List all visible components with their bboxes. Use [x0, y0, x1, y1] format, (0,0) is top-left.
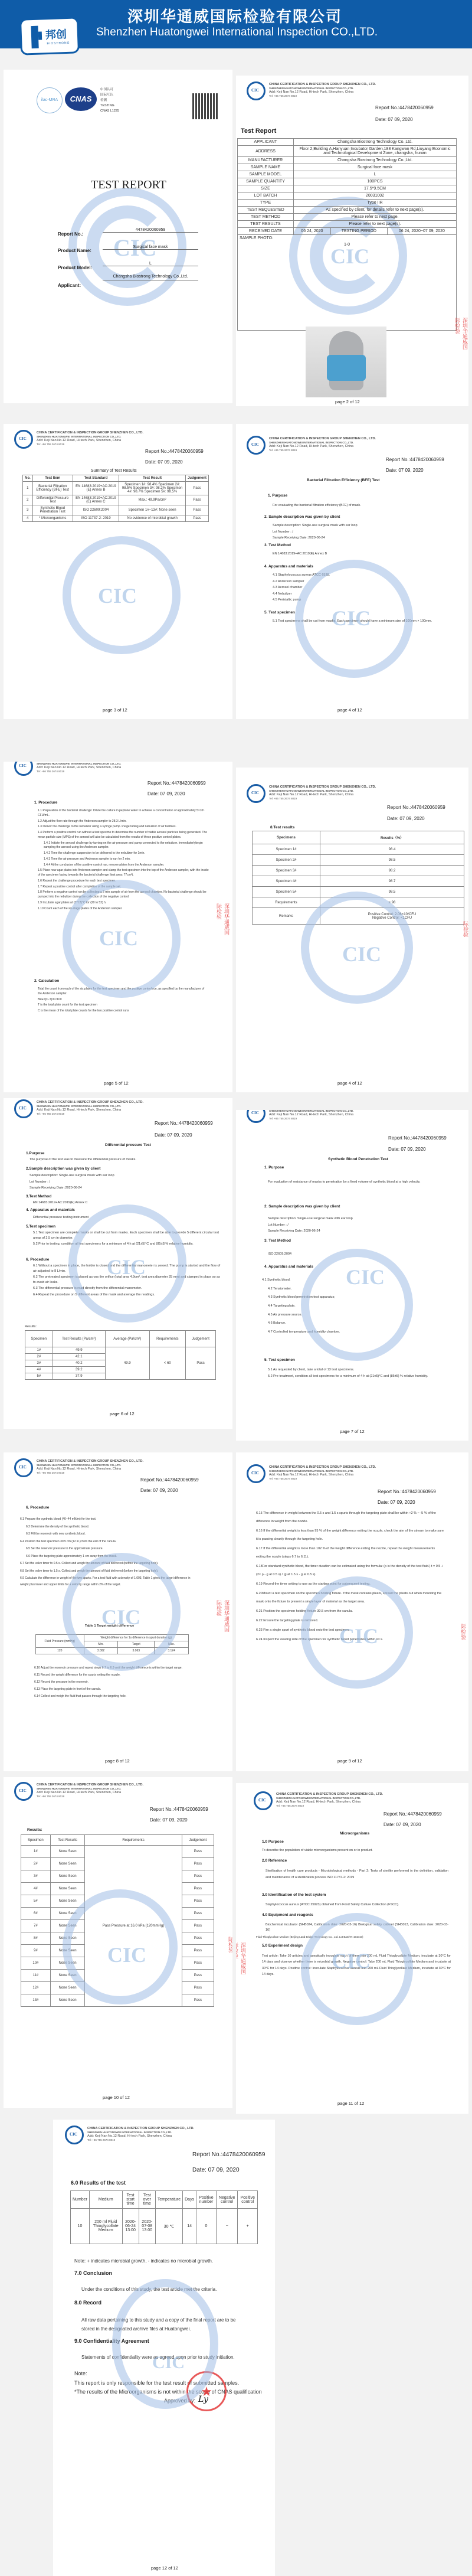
table-cell: TEST REQUESTED — [238, 207, 294, 214]
header-line: Add: Keji Nan No.12 Road, Hi-tech Park, … — [37, 1791, 121, 1794]
table-title: Table 1 Target weight difference — [85, 1624, 134, 1629]
header-line: CHINA CERTIFICATION & INSPECTION GROUP S… — [269, 83, 376, 86]
header-line: CHINA CERTIFICATION & INSPECTION GROUP S… — [269, 785, 376, 789]
table-row: Specimen 2#98.5 — [253, 855, 464, 866]
text-line: 4.1 Synthetic blood. — [262, 1276, 439, 1284]
page-number: page 7 of 12 — [340, 1429, 365, 1434]
table-cell: 39.2 — [53, 1367, 105, 1373]
table-cell: Pass — [182, 1970, 214, 1982]
table-cell: ≥ 98 — [320, 897, 464, 908]
table-cell: 12# — [21, 1982, 51, 1994]
cic-logo-icon — [254, 1791, 273, 1810]
table-header-cell: Judgement — [185, 475, 208, 482]
note-text: *The results of the Microorganisms is no… — [74, 2388, 262, 2397]
section-text: ISO 22609:2004 — [268, 1252, 291, 1257]
table-row: Fluid Pressure (mmHg)Weight difference f… — [36, 1635, 189, 1641]
text-line: 1.10 Count each of the six-stage plates … — [38, 907, 209, 912]
section-text: Test article: Take 10 articles and asept… — [262, 1953, 451, 1978]
red-seal-stamp: 深圳华通威国际检验 — [464, 1624, 468, 1659]
text-line: 4.5 Air pressure source. — [262, 1311, 439, 1319]
header-line: CHINA CERTIFICATION & INSPECTION GROUP S… — [269, 1465, 376, 1469]
section-text: The purpose of the test was to measure t… — [29, 1157, 218, 1163]
report-number: Report No.:4478420060959 — [147, 781, 206, 786]
header-line: CHINA CERTIFICATION & INSPECTION GROUP S… — [37, 1101, 143, 1104]
table-cell: Pass — [182, 1846, 214, 1858]
report-number: Report No.:4478420060959 — [388, 1135, 447, 1141]
table-header-cell: Test Standard — [73, 475, 119, 482]
table-cell: EN 14683:2019+AC:2019 (E) Annex B — [73, 482, 119, 495]
table-cell: 13# — [21, 1994, 51, 2007]
text-line: 6.17 If the differential weight is more … — [256, 1545, 445, 1561]
page-sbp-procedure-cont: CHINA CERTIFICATION & INSPECTION GROUP S… — [236, 1452, 468, 1771]
text-line: 6.24 Inspect the viewing side of the spe… — [256, 1635, 445, 1644]
section-text: Sample description: Single-use surgical … — [273, 523, 450, 542]
table-row: SAMPLE NAMESurgical face mask — [238, 164, 457, 171]
text-line: 1.4.3 Time the air pressure and Anderson… — [38, 857, 209, 862]
page-test-report: CHINA CERTIFICATION & INSPECTION GROUP S… — [236, 76, 468, 406]
section-text: Staphylococcus aureus (ATCC 25923) obtai… — [265, 1902, 454, 1908]
table-cell: Changsha Biostrong Technology Co.,Ltd. — [294, 157, 457, 164]
page-micro-results-body: Report No.:4478420060959 Date: 07 09, 20… — [53, 2120, 274, 2576]
red-seal-stamp: 深圳华通威国际检验 — [458, 318, 468, 353]
section-heading: 7.0 Conclusion — [74, 2270, 112, 2276]
text-line: 1.6 Repeat the challenge procedure for e… — [38, 879, 209, 884]
table-cell: Judgement — [182, 1835, 214, 1846]
table-cell: + — [238, 2209, 258, 2244]
text-line: 6.12 Record the pressure in the reservoi… — [28, 1679, 205, 1685]
report-date: Date: 07 09, 2020 — [140, 1488, 178, 1493]
table-cell: Requirements — [149, 1331, 185, 1347]
table-cell: 30 ℃ — [155, 2209, 182, 2244]
table-cell: 49.9 — [53, 1347, 105, 1354]
table-cell: 98.7 — [320, 876, 464, 887]
section-heading: 1. Purpose — [268, 494, 287, 498]
cnas-line: 检测 — [100, 98, 119, 103]
applicant-value: Changsha Biostrong Technology Co.,Ltd. — [103, 273, 198, 280]
table-cell: 3.063 — [118, 1648, 155, 1654]
report-date: Date: 07 09, 2020 — [386, 468, 424, 473]
cic-logo-icon — [247, 784, 265, 803]
section-title: Microorganisms — [340, 1831, 369, 1836]
section-heading: 1.Purpose — [26, 1151, 44, 1155]
table-row: No.Test ItemTest StandardTest ResultJudg… — [23, 475, 209, 482]
table-cell: Pass — [186, 1347, 216, 1380]
page-number: page 6 of 12 — [110, 1411, 135, 1416]
table-cell: Target — [118, 1641, 155, 1648]
header-line: Tel: +86 755 2674 8019 — [269, 1477, 297, 1480]
report-number: Report No.:4478420060959 — [145, 449, 204, 454]
text-line: C is the mean of the total plate counts … — [38, 1009, 209, 1014]
page-differential-pressure: CHINA CERTIFICATION & INSPECTION GROUP S… — [4, 1098, 232, 1429]
table-cell: Test over time — [139, 2191, 155, 2209]
cnas-line: 国际互认 — [100, 93, 119, 98]
section-text: For evaluating the bacterial filtration … — [273, 503, 450, 508]
text-line: 4.2 Tensiometer. — [262, 1285, 439, 1293]
logo-text-en: BIOSTRONG — [47, 41, 70, 45]
logo-text-cn: 邦创 — [45, 26, 67, 42]
section-text: Under the conditions of this study, the … — [81, 2286, 217, 2293]
text-line: 1.4.2 Time the challenge suspension to b… — [38, 851, 209, 856]
table-cell: EN 14683:2019+AC:2019 (E) Annex C — [73, 495, 119, 505]
table-cell: L — [294, 171, 457, 178]
table-row: 2Differential Pressure TestEN 14683:2019… — [23, 495, 209, 505]
table-cell: SAMPLE QUANTITY — [238, 178, 294, 185]
section-heading: 3.0 Identification of the test system — [262, 1893, 326, 1897]
red-seal-stamp: 深圳华通威国际检验 — [231, 1937, 232, 1972]
text-line: Lot Number : / — [29, 1180, 218, 1185]
header-line: CHINA CERTIFICATION & INSPECTION GROUP S… — [37, 431, 143, 435]
table-cell: 17.5*9.5CM — [294, 185, 457, 192]
table-cell: Positive number — [196, 2191, 217, 2209]
watermark-cic: CIC — [98, 583, 137, 608]
table-cell: 10# — [21, 1957, 51, 1970]
table-cell: 5# — [25, 1373, 53, 1380]
table-row: TYPEType IIR — [238, 200, 457, 207]
table-cell: 3.124 — [155, 1648, 189, 1654]
cic-header: CHINA CERTIFICATION & INSPECTION GROUP S… — [247, 81, 459, 102]
page-number: page 8 of 12 — [105, 1758, 130, 1764]
text-line: 4.3 Aerosol chamber — [273, 585, 450, 590]
text-line: Sample Receiving Date: 2020-06-24 — [268, 1229, 445, 1234]
table-cell: 1# — [21, 1846, 51, 1858]
text-line: 6.2 Determine the density of the synthet… — [20, 1524, 197, 1530]
section-text: Differential pressure testing instrument — [33, 1215, 88, 1220]
page-number: page 3 of 12 — [103, 707, 127, 713]
text-line: 4.2 Anderson sampler — [273, 579, 450, 585]
text-line: 5.1 Test specimen are complete masks or … — [33, 1230, 222, 1240]
cnas-line: 中国认可 — [100, 87, 119, 93]
table-cell: Average (Pa/cm²) — [105, 1331, 149, 1347]
table-cell: − — [216, 2209, 238, 2244]
report-number: Report No.:4478420060959 — [383, 1811, 442, 1817]
table-cell: None Seen — [50, 1858, 85, 1870]
logo-mark-icon — [31, 26, 38, 48]
table-cell: Surgical face mask — [294, 164, 457, 171]
section-heading: 1. Purpose — [264, 1165, 284, 1170]
table-row: SIZE17.5*9.5CM — [238, 185, 457, 192]
cic-logo-icon — [14, 430, 33, 449]
text-line: 5.2 Pre-treatment, condition all test sp… — [268, 1374, 457, 1379]
table-row: MANUFACTURERChangsha Biostrong Technolog… — [238, 157, 457, 164]
section-title: Synthetic Blood Penetration Test — [328, 1157, 388, 1161]
report-number: Report No.:4478420060959 — [386, 457, 444, 462]
section-heading: 3. Test Method — [264, 1239, 291, 1243]
table-cell: 98.5 — [320, 855, 464, 866]
table-row: 3Synthetic Blood Penetration TestISO 226… — [23, 505, 209, 515]
text-line: Sample description: Single-use surgical … — [29, 1173, 218, 1178]
text-line: 6.11 Record the weight difference for th… — [28, 1672, 205, 1678]
watermark-cic: CIC — [332, 606, 371, 631]
table-cell: Remarks — [253, 908, 320, 925]
red-seal-stamp: ★ — [186, 2371, 227, 2411]
table-cell: Temperature — [155, 2191, 182, 2209]
table-cell: Specimen 3# — [253, 866, 320, 876]
table-cell: Pass — [182, 1945, 214, 1957]
text-line: 6.4 Repeat the procedure on 5 different … — [33, 1292, 222, 1298]
page-number: page 5 of 12 — [104, 1080, 129, 1086]
table-cell: Days — [183, 2191, 196, 2209]
page-number: page 10 of 12 — [103, 2095, 130, 2100]
target-weight-table: Fluid Pressure (mmHg)Weight difference f… — [35, 1634, 189, 1654]
header-line: Add: Keji Nan No.12 Road, Hi-tech Park, … — [37, 439, 121, 442]
text-line: 1.4.4 At the conclusion of the positive … — [38, 863, 209, 868]
table-cell: 100PCS — [294, 178, 457, 185]
header-line: Tel: +86 755 2674 8019 — [269, 449, 297, 452]
table-cell: Pass — [182, 1895, 214, 1908]
section-text: 4.1 Staphylococcus aureus ATCC 6538. 4.2… — [273, 573, 450, 604]
section-heading: 8.0 Record — [74, 2300, 101, 2306]
page-bfe-procedure: SHENZHEN HUATONGWEI INTERNATIONAL INSPEC… — [4, 762, 232, 1092]
text-line: 5.2 Prior to testing, condition all test… — [33, 1242, 222, 1247]
report-number: Report No.:4478420060959 — [192, 2151, 265, 2158]
cic-header: CHINA CERTIFICATION & INSPECTION GROUP S… — [14, 1458, 227, 1478]
text-line: 4.3 Synthetic blood penetration test app… — [262, 1294, 439, 1301]
table-cell: ADDRESS — [238, 146, 294, 157]
text-line: Lot Number : / — [273, 530, 450, 535]
table-cell: Pass — [182, 1908, 214, 1920]
table-cell: 10 — [71, 2209, 90, 2244]
table-cell: < 60 — [149, 1347, 185, 1380]
text-line: Total the count from each of the six pla… — [38, 987, 209, 997]
table-row: Specimen 3#98.2 — [253, 866, 464, 876]
table-row: 1#49.949.9< 60Pass — [25, 1347, 216, 1354]
text-line: 6.19 Record the timer setting to use as … — [256, 1580, 445, 1588]
cic-logo-icon — [14, 1782, 33, 1801]
table-row: SAMPLE QUANTITY100PCS — [238, 178, 457, 185]
table-cell: Floor 2,Building A,Hanyuan Incubator Gar… — [294, 146, 457, 157]
procedure-list: 1.1 Preparation of the bacterial challen… — [38, 809, 209, 912]
table-row: 1#None SeenPass Pressure at 16.0 kPa (12… — [21, 1846, 214, 1858]
section-title: Differential pressure Test — [105, 1143, 151, 1147]
table-cell: 0 — [196, 2209, 217, 2244]
section-heading: 8.Test results — [270, 825, 294, 830]
table-cell: Pass — [182, 1982, 214, 1994]
section-heading: 3. Test Method — [264, 543, 291, 547]
header-line: CHINA CERTIFICATION & INSPECTION GROUP S… — [37, 1460, 143, 1463]
table-cell: SAMPLE MODEL — [238, 171, 294, 178]
field-label: Product Model: — [58, 265, 92, 270]
text-line: 6.23 Fire a single spurt of synthetic bl… — [256, 1626, 445, 1634]
table-cell: Pass — [185, 515, 208, 522]
section-heading: 5. Test specimen — [264, 610, 295, 615]
text-line: 6.2 The pretreated specimen is placed ac… — [33, 1275, 222, 1285]
header-line: SHENZHEN HUATONGWEI INTERNATIONAL INSPEC… — [269, 441, 353, 444]
text-line: 6.1 Prepare the synthetic blood (40~44 m… — [20, 1516, 197, 1523]
table-row: SpecimenTest Results (Pa/cm²)Average (Pa… — [25, 1331, 216, 1347]
table-cell: Requirements — [253, 897, 320, 908]
results-label: Results: — [25, 1324, 37, 1330]
section-heading: 9.0 Confidentiality Agreement — [74, 2338, 149, 2344]
table-cell: Test start time — [122, 2191, 139, 2209]
table-cell: Fluid Pressure (mmHg) — [36, 1635, 84, 1648]
field-label: Product Name: — [58, 248, 91, 253]
table-cell: None Seen — [50, 1932, 85, 1945]
section-heading: 4.0 Equipment and reagents — [262, 1913, 313, 1917]
table-header-cell: Specimens — [253, 831, 320, 844]
table-cell: 6# — [21, 1908, 51, 1920]
header-line: Tel: +86 755 2674 8019 — [269, 797, 297, 800]
text-line: 6.1 Without a specimen in place, the hol… — [33, 1263, 222, 1274]
page-number: page 4 of 12 — [337, 1080, 362, 1086]
red-seal-stamp: 深圳华通威国际检验 — [466, 921, 468, 956]
section-title: Test Report — [241, 128, 276, 135]
page-sbp-procedure: CHINA CERTIFICATION & INSPECTION GROUP S… — [4, 1452, 232, 1771]
table-cell: TEST RESULTS — [238, 221, 294, 228]
section-heading: 6.0 Results of the test — [71, 2180, 126, 2186]
table-cell: 2020-07-08 13:00 — [139, 2209, 155, 2244]
section-heading: 5.Test specimen — [26, 1225, 55, 1229]
red-seal-stamp: 深圳华通威国际检验 — [219, 903, 230, 939]
mask — [327, 355, 366, 381]
table-cell: Specimen — [21, 1835, 51, 1846]
table-cell: Pass — [182, 1957, 214, 1970]
table-cell: Pass — [185, 505, 208, 515]
cic-logo-icon — [14, 1099, 33, 1118]
text-line: 4.1 Staphylococcus aureus ATCC 6538. — [273, 573, 450, 578]
text-line: 6.22 Ensure the targeting plate is remov… — [256, 1617, 445, 1625]
section-text: Sample description: Single-use surgical … — [268, 1216, 445, 1235]
section-heading: 6. Procedure — [26, 1506, 49, 1510]
text-line: 6.4 Position the test specimen 30.5 cm (… — [20, 1539, 197, 1545]
header-line: Tel: +86 755 2674 8019 — [37, 1795, 64, 1798]
header-line: SHENZHEN HUATONGWEI INTERNATIONAL INSPEC… — [269, 1110, 353, 1112]
table-row: 4* MicroorganismsISO 11737-2: 2019No evi… — [23, 515, 209, 522]
table-row: Specimen 5#98.5 — [253, 887, 464, 897]
table-cell: SAMPLE PHOTO: — [238, 235, 457, 242]
section-heading: 2.0 Reference — [262, 1859, 287, 1863]
sample-photo — [306, 327, 386, 397]
table-cell: Please refer to next page(s). — [294, 221, 457, 228]
table-cell: Pass — [182, 1883, 214, 1895]
text-line: 4.6 Balance. — [262, 1320, 439, 1327]
table-row: 10200 ml Fluid Thioglycollate Medium2020… — [71, 2209, 258, 2244]
table-cell: Differential Pressure Test — [32, 495, 73, 505]
report-date: Date: 07 09, 2020 — [147, 791, 185, 796]
header-line: SHENZHEN HUATONGWEI INTERNATIONAL INSPEC… — [37, 1464, 121, 1467]
biostrong-logo: 邦创 BIOSTRONG — [19, 17, 80, 55]
header-line: Tel: +86 755 2674 8019 — [37, 770, 64, 773]
table-cell: Specimen — [25, 1331, 53, 1347]
text-line: 1.4.1 Initiate the aerosol challenge by … — [38, 841, 209, 851]
table-cell: Please refer to next page. — [294, 214, 457, 221]
table-cell: Pass — [185, 482, 208, 495]
table-cell: 8# — [21, 1932, 51, 1945]
table-cell: SIZE — [238, 185, 294, 192]
report-number-value: 4478420060959 — [103, 228, 198, 233]
table-cell: * Microorganisms — [32, 515, 73, 522]
report-date: Date: 07 09, 2020 — [383, 1822, 421, 1827]
text-line: 1.1 Preparation of the bacterial challen… — [38, 809, 209, 818]
report-date: Date: 07 09, 2020 — [387, 816, 425, 821]
section-text: Fluid Thioglycollate Medium (Beijing Lan… — [256, 1935, 445, 1940]
section-text: 5.1 Test specimens shall be cut from mas… — [273, 619, 450, 624]
report-number: Report No.:4478420060959 — [150, 1807, 208, 1812]
report-date: Date: 07 09, 2020 — [192, 2167, 240, 2173]
report-date: Date: 07 09, 2020 — [375, 117, 413, 122]
header-line: SHENZHEN HUATONGWEI INTERNATIONAL INSPEC… — [37, 1787, 121, 1790]
report-number: Report No.:4478420060959 — [140, 1477, 199, 1483]
page-microorganisms: CHINA CERTIFICATION & INSPECTION GROUP S… — [236, 1783, 468, 2114]
header-line: Tel: +86 755 2674 8019 — [276, 1804, 304, 1807]
section-heading: Results: — [27, 1828, 42, 1832]
table-cell: Bacterial Filtration Efficiency (BFE) Te… — [32, 482, 73, 495]
table-cell: ISO 22609:2004 — [73, 505, 119, 515]
header-line: SHENZHEN HUATONGWEI INTERNATIONAL INSPEC… — [269, 87, 353, 90]
calculation-text: Total the count from each of the six pla… — [38, 987, 209, 1015]
table-row: Specimen 1#98.4 — [253, 844, 464, 855]
company-name-cn: 深圳华通威国际检验有限公司 — [127, 5, 342, 27]
table-cell: Synthetic Blood Penetration Test — [32, 505, 73, 515]
table-cell: Specimen 5# — [253, 887, 320, 897]
table-row: SAMPLE MODELL — [238, 171, 457, 178]
table-cell: Test Results — [50, 1835, 85, 1846]
table-cell: None Seen — [50, 1908, 85, 1920]
page-sbp-results: CHINA CERTIFICATION & INSPECTION GROUP S… — [4, 1777, 232, 2108]
page-cover: ilac-MRA CNAS 中国认可 国际互认 检测 TESTING CNAS … — [4, 70, 232, 403]
table-cell: Specimen 1#~13#: None seen — [119, 505, 186, 515]
table-cell: Positive control — [238, 2191, 258, 2209]
table-cell: Pass — [182, 1994, 214, 2007]
section-text: Sterilization of health care products - … — [265, 1868, 448, 1881]
page-bfe-results: CHINA CERTIFICATION & INSPECTION GROUP S… — [236, 768, 468, 1092]
table-cell: 2# — [21, 1858, 51, 1870]
watermark-cic: CIC — [342, 942, 381, 967]
section-heading: 5. Test specimen — [264, 1358, 295, 1362]
watermark-cic: CIC — [99, 926, 138, 951]
table-cell: SAMPLE NAME — [238, 164, 294, 171]
text-line: 6.10 Adjust the reservoir pressure and r… — [28, 1665, 205, 1671]
table-cell: None Seen — [50, 1945, 85, 1957]
header-line: Add: Keji Nan No.12 Road, Hi-tech Park, … — [269, 90, 353, 94]
table-cell: 3.002 — [84, 1648, 118, 1654]
differential-pressure-table: SpecimenTest Results (Pa/cm²)Average (Pa… — [25, 1330, 216, 1380]
section-text: Statements of confidentiality were as ag… — [81, 2354, 235, 2361]
header-line: SHENZHEN HUATONGWEI INTERNATIONAL INSPEC… — [37, 1105, 121, 1108]
page-number: page 9 of 12 — [337, 1758, 362, 1764]
header-line: CHINA CERTIFICATION & INSPECTION GROUP S… — [276, 1793, 383, 1796]
section-text: To describe the population of viable mic… — [262, 1848, 451, 1853]
cic-logo-icon — [247, 1110, 265, 1123]
table-row: SpecimenTest ResultsRequirementsJudgemen… — [21, 1835, 214, 1846]
report-date: Date: 07 09, 2020 — [150, 1817, 188, 1823]
micro-results-table: NumberMediumTest start timeTest over tim… — [70, 2190, 258, 2244]
section-text: Biochemical incubator (SHB024, Calibrati… — [265, 1922, 448, 1932]
sbp-results-table: SpecimenTest ResultsRequirementsJudgemen… — [21, 1834, 214, 2007]
qr-code-icon[interactable] — [192, 93, 218, 119]
text-line: 1.5 Place new agar plates into Anderson … — [38, 869, 209, 878]
text-line: BFE=(C-T)/C×100 — [38, 998, 209, 1003]
red-seal-stamp: 深圳华通威国际检验 — [219, 1600, 230, 1635]
report-date: Date: 07 09, 2020 — [388, 1147, 426, 1152]
table-cell: 1 — [23, 482, 33, 495]
table-cell: APPLICANT — [238, 139, 294, 146]
report-date: Date: 07 09, 2020 — [155, 1132, 192, 1138]
table-cell: Number — [71, 2191, 90, 2209]
table-cell: Specimen 1# — [253, 844, 320, 855]
report-number: Report No.:4478420060959 — [155, 1121, 213, 1126]
cic-header: CHINA CERTIFICATION & INSPECTION GROUP S… — [247, 436, 459, 456]
text-line: 6.9 Calculate the difference in weight o… — [20, 1575, 197, 1588]
table-cell: 1# — [25, 1347, 53, 1354]
table-cell: 7# — [21, 1920, 51, 1932]
text-line: 6.15 The difference in weight between th… — [256, 1509, 445, 1526]
header-line: Add: Keji Nan No.12 Road, Hi-tech Park, … — [37, 766, 121, 769]
summary-table: No.Test ItemTest StandardTest ResultJudg… — [22, 475, 209, 522]
company-name-en: Shenzhen Huatongwei International Inspec… — [96, 26, 378, 39]
table-cell: 3# — [21, 1870, 51, 1883]
table-cell: Negative control — [216, 2191, 238, 2209]
table-cell: Pass — [185, 495, 208, 505]
